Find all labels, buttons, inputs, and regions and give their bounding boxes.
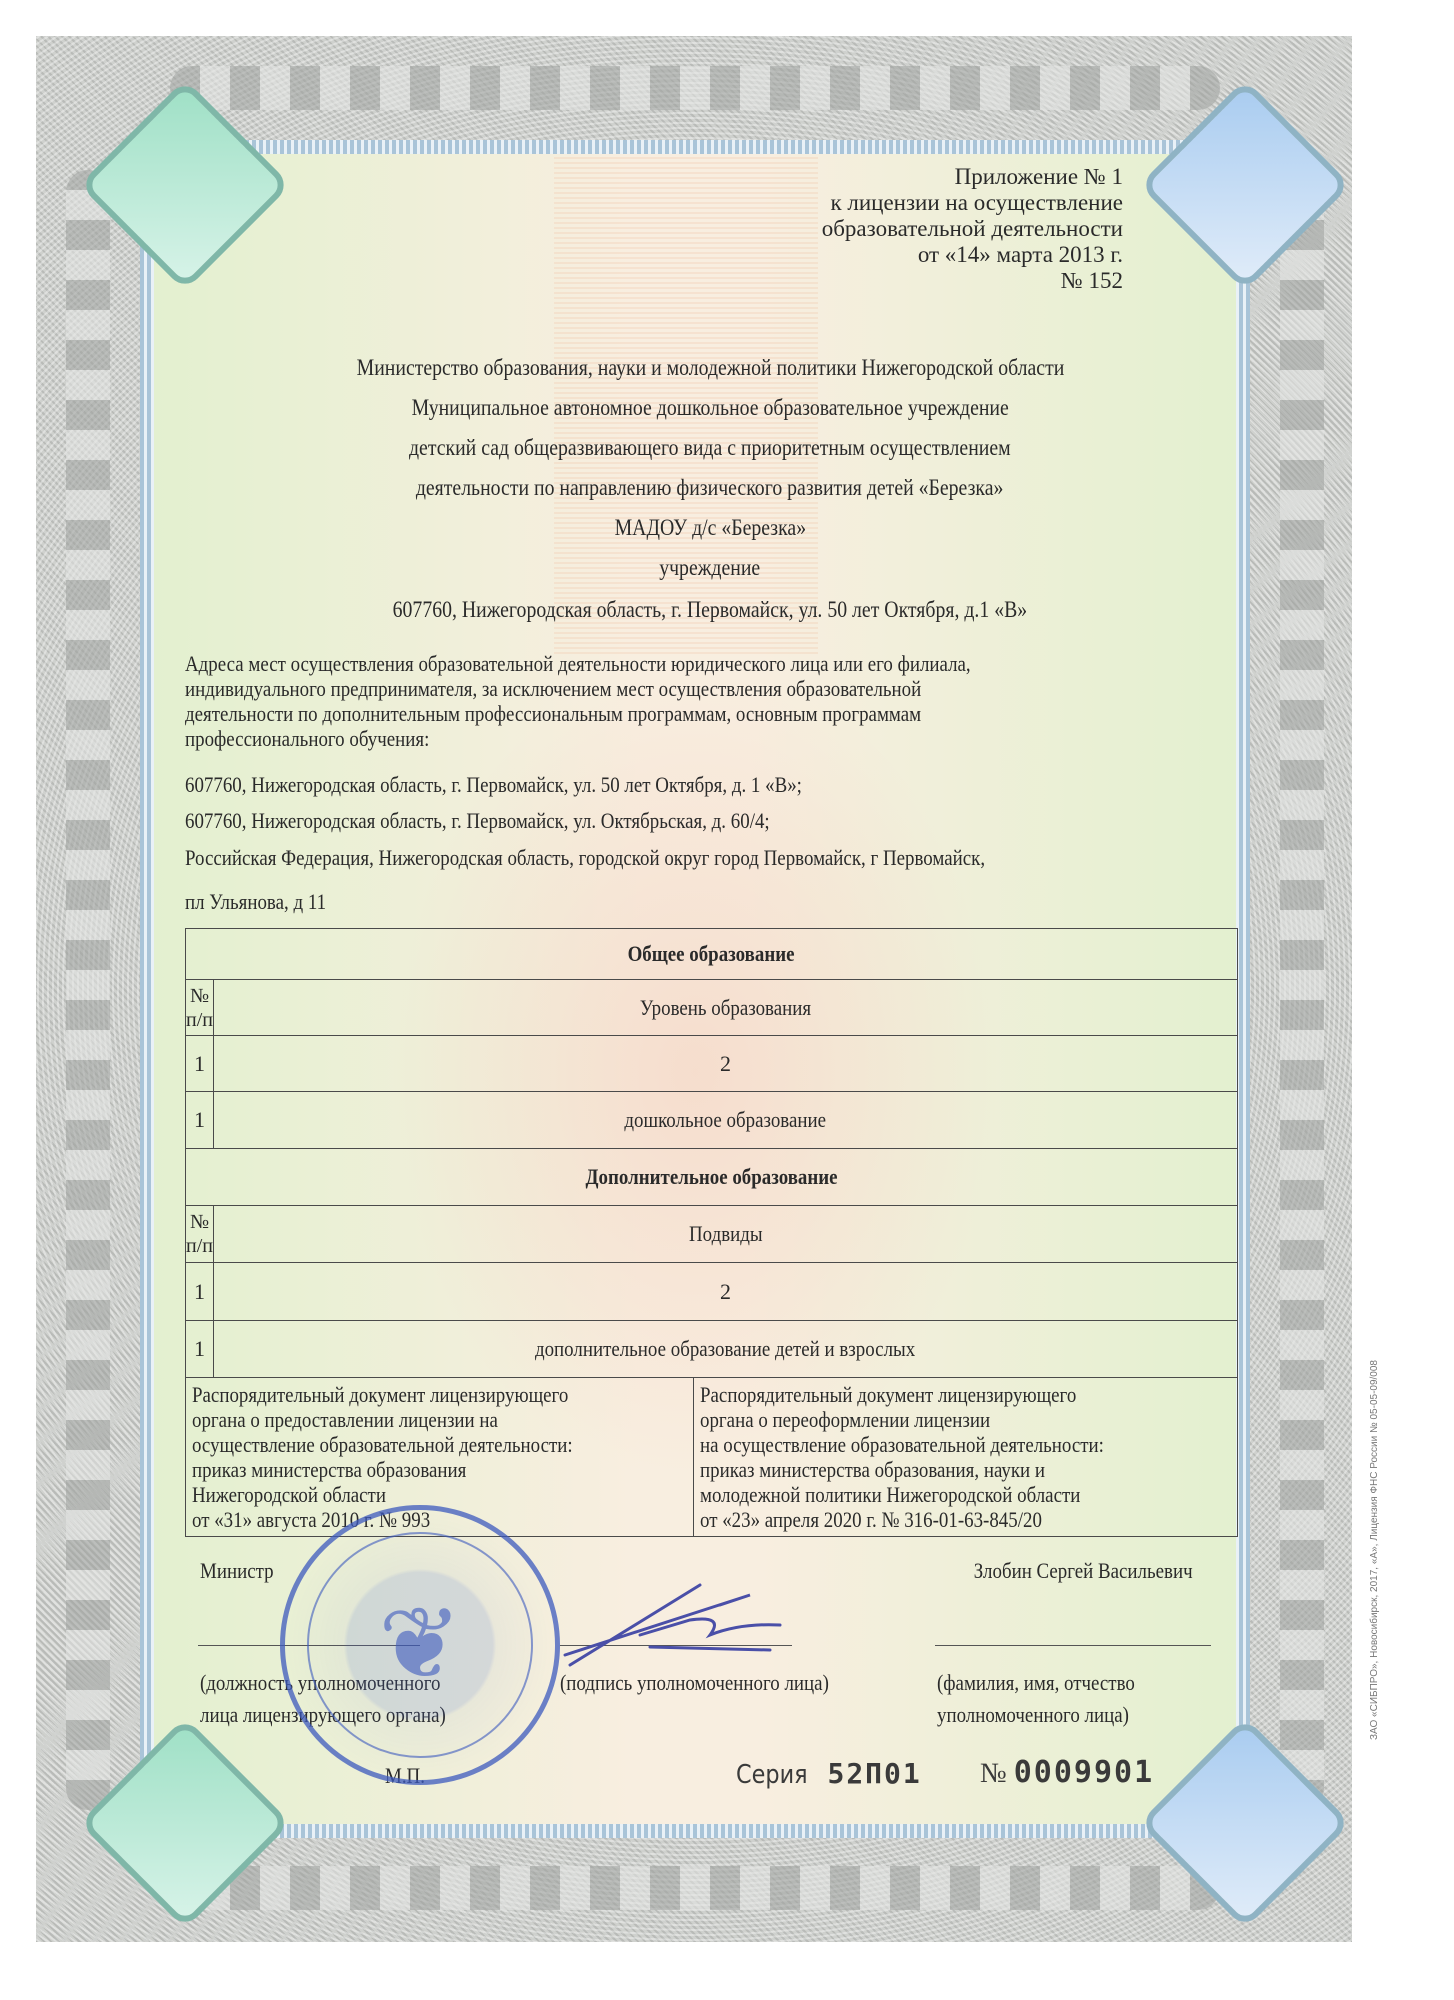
signatory-name: Злобин Сергей Васильевич xyxy=(973,1560,1192,1582)
index-cell: 2 xyxy=(214,1263,1238,1321)
education-table: Общее образование № п/п Уровень образова… xyxy=(185,928,1238,1537)
guilloche-band-bottom xyxy=(170,1866,1220,1910)
doc-line: приказ министерства образования, науки и xyxy=(700,1457,1157,1482)
addresses-intro-line: Адреса мест осуществления образовательно… xyxy=(185,653,971,675)
col-num-label: № xyxy=(186,1210,213,1234)
doc-line: приказ министерства образования xyxy=(192,1457,618,1482)
addresses-intro-line: индивидуального предпринимателя, за искл… xyxy=(185,678,921,700)
section-header-row: Общее образование xyxy=(186,929,1238,980)
appendix-line: к лицензии на осуществление xyxy=(830,191,1123,214)
guilloche-band-right xyxy=(1280,170,1324,1810)
section-header-row: Дополнительное образование xyxy=(186,1149,1238,1206)
doc-line: Распорядительный документ лицензирующего xyxy=(192,1382,618,1407)
doc-line: органа о предоставлении лицензии на xyxy=(192,1407,618,1432)
column-header-row: № п/п Уровень образования xyxy=(186,980,1238,1036)
legal-address: 607760, Нижегородская область, г. Первом… xyxy=(393,598,1028,621)
row-number: 1 xyxy=(186,1321,214,1378)
appendix-line: образовательной деятельности xyxy=(822,217,1123,240)
education-subtype: дополнительное образование детей и взрос… xyxy=(535,1336,915,1362)
col-num-label: п/п xyxy=(186,1234,213,1258)
index-cell: 1 xyxy=(186,1263,214,1321)
appendix-number: № 152 xyxy=(1061,269,1123,292)
row-number: 1 xyxy=(186,1092,214,1149)
table-index-row: 1 2 xyxy=(186,1036,1238,1092)
col-num-label: п/п xyxy=(186,1008,213,1032)
signatory-position: Министр xyxy=(200,1560,274,1582)
guilloche-band-left xyxy=(66,170,110,1810)
address-item: пл Ульянова, д 11 xyxy=(185,891,326,913)
table-row: 1 дошкольное образование xyxy=(186,1092,1238,1149)
org-name-line: Муниципальное автономное дошкольное обра… xyxy=(411,396,1008,419)
series-value: 52П01 xyxy=(827,1757,921,1790)
appendix-date: от «14» марта 2013 г. xyxy=(918,243,1123,266)
caption-full-name: (фамилия, имя, отчество xyxy=(937,1672,1135,1694)
education-level: дошкольное образование xyxy=(625,1107,827,1133)
address-item: 607760, Нижегородская область, г. Первом… xyxy=(185,774,802,796)
blank-number: 0009901 xyxy=(1014,1755,1154,1790)
handwritten-signature xyxy=(550,1565,810,1685)
documents-row: Распорядительный документ лицензирующего… xyxy=(186,1378,1238,1537)
guilloche-band-top xyxy=(170,66,1220,110)
table-row: 1 дополнительное образование детей и взр… xyxy=(186,1321,1238,1378)
column-header-row: № п/п Подвиды xyxy=(186,1206,1238,1263)
addresses-intro-line: профессионального обучения: xyxy=(185,728,429,750)
col-subtype-label: Подвиды xyxy=(689,1221,763,1247)
doc-line: органа о переоформлении лицензии xyxy=(700,1407,1157,1432)
series-label: Серия xyxy=(736,1762,808,1788)
official-seal: ❦ xyxy=(280,1505,560,1785)
section-title-additional: Дополнительное образование xyxy=(585,1164,837,1190)
doc-line: Распорядительный документ лицензирующего xyxy=(700,1382,1157,1407)
table-index-row: 1 2 xyxy=(186,1263,1238,1321)
appendix-title: Приложение № 1 xyxy=(955,165,1123,188)
org-type: учреждение xyxy=(660,556,761,579)
doc-line: Нижегородской области xyxy=(192,1482,618,1507)
doc-line: молодежной политики Нижегородской област… xyxy=(700,1482,1157,1507)
col-level-label: Уровень образования xyxy=(640,995,811,1021)
org-name-line: деятельности по направлению физического … xyxy=(416,476,1004,499)
address-item: Российская Федерация, Нижегородская обла… xyxy=(185,847,985,869)
address-item: 607760, Нижегородская область, г. Первом… xyxy=(185,810,770,832)
doc-line: от «23» апреля 2020 г. № 316-01-63-845/2… xyxy=(700,1507,1157,1532)
coat-of-arms-icon: ❦ xyxy=(365,1580,475,1710)
ministry-name: Министерство образования, науки и молоде… xyxy=(356,356,1064,379)
addresses-intro-line: деятельности по дополнительным профессио… xyxy=(185,703,921,725)
index-cell: 1 xyxy=(186,1036,214,1092)
col-num-label: № xyxy=(186,984,213,1008)
section-title-general: Общее образование xyxy=(628,941,795,967)
doc-line: на осуществление образовательной деятель… xyxy=(700,1432,1157,1457)
doc-line: осуществление образовательной деятельнос… xyxy=(192,1432,618,1457)
index-cell: 2 xyxy=(214,1036,1238,1092)
reissue-order-cell: Распорядительный документ лицензирующего… xyxy=(694,1378,1238,1536)
caption-full-name: уполномоченного лица) xyxy=(937,1704,1129,1726)
org-short-name: МАДОУ д/с «Березка» xyxy=(614,516,806,539)
number-label: № xyxy=(980,1758,1007,1789)
org-name-line: детский сад общеразвивающего вида с прио… xyxy=(409,436,1011,459)
name-line xyxy=(935,1645,1211,1646)
printer-imprint: ЗАО «СИБПРО», Новосибирск, 2017, «А», Ли… xyxy=(1369,1360,1380,1740)
